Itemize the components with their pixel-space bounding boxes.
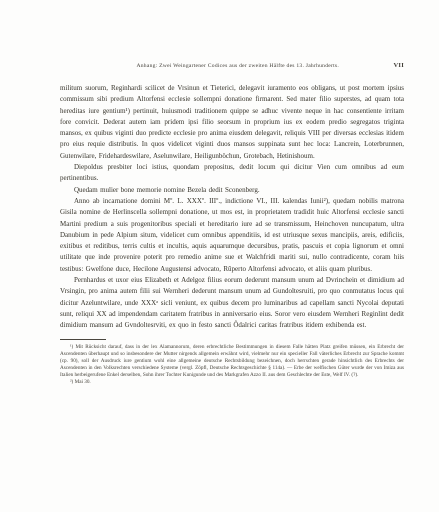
page-number: VII bbox=[393, 62, 404, 69]
scanned-book-page: Anhang: Zwei Weingartener Codices aus de… bbox=[0, 0, 439, 512]
paragraph: Diepoldus presbiter loci istius, quondam… bbox=[60, 162, 404, 185]
footnote: ¹) Mit Rücksicht darauf, dass in der lex… bbox=[60, 344, 404, 379]
footnote: ²) Mai 30. bbox=[60, 379, 404, 386]
body-text: militum suorum, Reginhardi scilicet de V… bbox=[60, 83, 404, 332]
paragraph: Pernhardus et uxor eius Elizabeth et Ade… bbox=[60, 275, 404, 331]
paragraph: militum suorum, Reginhardi scilicet de V… bbox=[60, 83, 404, 162]
footnote-separator-rule bbox=[60, 339, 106, 340]
running-head: Anhang: Zwei Weingartener Codices aus de… bbox=[60, 62, 404, 69]
paragraph: Anno ab incarnatione domini Mº. L. XXXº.… bbox=[60, 196, 404, 275]
text-block: Anhang: Zwei Weingartener Codices aus de… bbox=[60, 62, 404, 386]
paragraph: Quedam mulier bone memorie nomine Bezela… bbox=[60, 185, 404, 196]
running-title: Anhang: Zwei Weingartener Codices aus de… bbox=[136, 63, 339, 69]
footnotes: ¹) Mit Rücksicht darauf, dass in der lex… bbox=[60, 344, 404, 387]
